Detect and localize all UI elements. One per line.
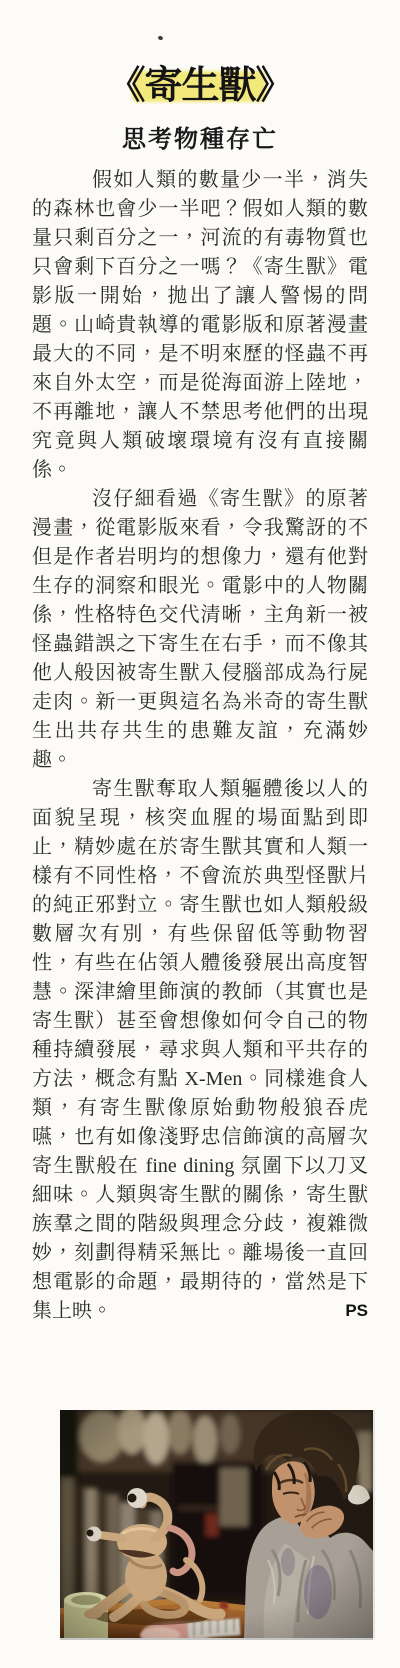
page-title: 《寄生獸》 bbox=[32, 64, 368, 109]
article-subtitle: 思考物種存亡 bbox=[32, 119, 368, 154]
article-paragraph: 寄生獸奪取人類軀體後以人的面貌呈現，核突血腥的場面點到即止，精妙處在於寄生獸其實… bbox=[32, 775, 368, 1326]
scanned-article-page: { "page": { "background": "#fcfbf8", "te… bbox=[0, 0, 400, 1668]
article-body: 假如人類的數量少一半，消失的森林也會少一半吧？假如人類的數量只剩百分之一，河流的… bbox=[32, 166, 368, 1326]
paragraph-text: 寄生獸奪取人類軀體後以人的面貌呈現，核突血腥的場面點到即止，精妙處在於寄生獸其實… bbox=[32, 778, 368, 1322]
title-text: 《寄生獸》 bbox=[107, 65, 292, 107]
article-paragraph: 假如人類的數量少一半，消失的森林也會少一半吧？假如人類的數量只剩百分之一，河流的… bbox=[32, 166, 368, 485]
photo-vignette bbox=[60, 1410, 373, 1638]
movie-still-photo bbox=[60, 1410, 373, 1638]
article-column: 《寄生獸》 思考物種存亡 假如人類的數量少一半，消失的森林也會少一半吧？假如人類… bbox=[0, 0, 400, 1638]
movie-still-illustration bbox=[60, 1410, 373, 1638]
article-paragraph: 沒仔細看過《寄生獸》的原著漫畫，從電影版來看，令我驚訝的不但是作者岩明均的想像力… bbox=[32, 485, 368, 775]
author-signature: PS bbox=[345, 1296, 368, 1325]
